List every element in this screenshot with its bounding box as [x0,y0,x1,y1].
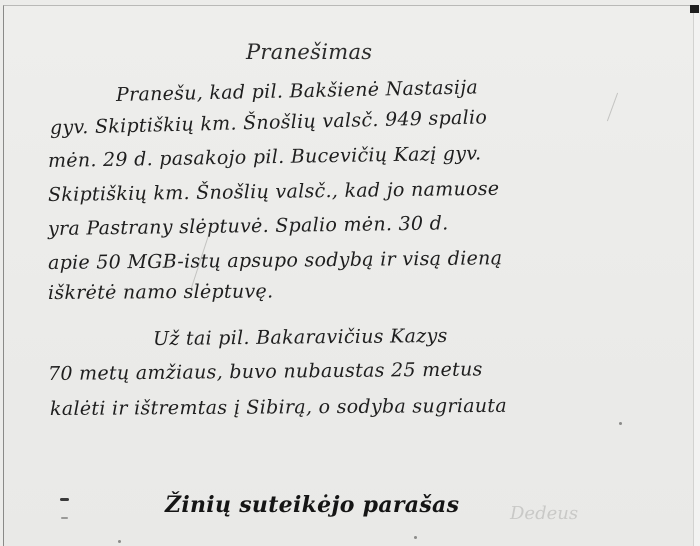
paper-speck [118,540,121,543]
document-photograph: Pranešimas Pranešu, kad pil. Bakšienė Na… [0,0,700,546]
faded-stamp: Dedeus [510,503,578,524]
corner-mark [690,5,699,13]
margin-mark [60,498,69,501]
text-line-8: Už tai pil. Bakaravičius Kazys [153,325,448,350]
paper-speck [619,422,622,425]
margin-mark-faint [61,517,68,519]
text-line-9: 70 metų amžiaus, buvo nubaustas 25 metus [48,358,483,385]
text-line-10: kalėti ir ištremtas į Sibirą, o sodyba s… [50,395,507,420]
signature-line: Žinių suteikėjo parašas [165,492,459,518]
text-line-7: iškrėtė namo slėptuvę. [48,280,274,304]
paper-speck [414,536,417,539]
paper-right-edge [693,5,700,546]
document-title: Pranešimas [246,40,372,64]
